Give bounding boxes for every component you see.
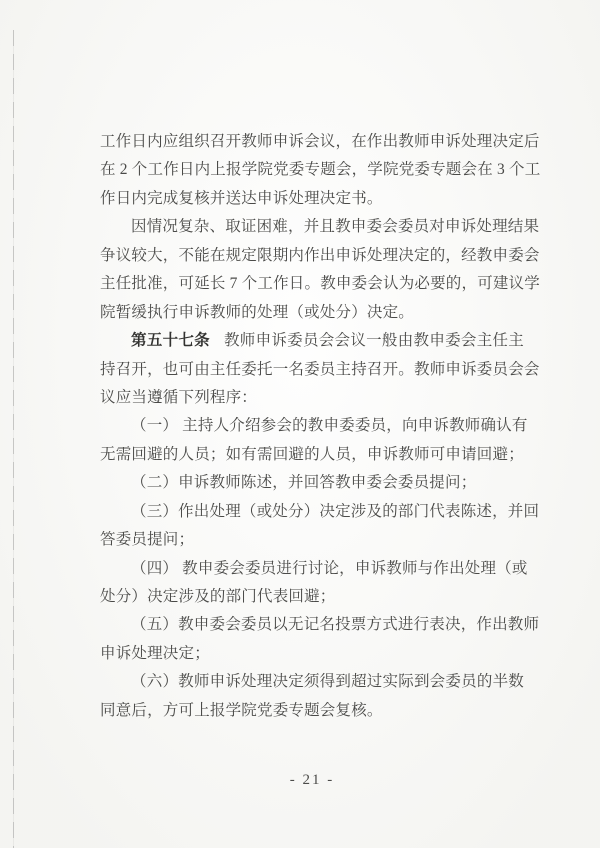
- text-line: （四） 教申委会委员进行讨论，申诉教师与作出处理（或: [100, 555, 524, 583]
- text-line: （六）教师申诉处理决定须得到超过实际到会委员的半数: [100, 668, 524, 696]
- article-number: 第五十七条: [131, 332, 210, 349]
- text-line: 同意后，方可上报学院党委专题会复核。: [100, 697, 524, 725]
- text-line: 持召开，也可由主任委托一名委员主持召开。教师申诉委员会会: [100, 356, 524, 384]
- text-line: 院暂缓执行申诉教师的处理（或处分）决定。: [100, 299, 524, 327]
- text-line: 作日内完成复核并送达申诉处理决定书。: [100, 185, 524, 213]
- text-line: （一） 主持人介绍参会的教申委委员，向申诉教师确认有: [100, 412, 524, 440]
- text-line: 答委员提问；: [100, 526, 524, 554]
- scanned-document: { "page": { "number_label": "- 21 -" }, …: [0, 0, 600, 848]
- text-line: 争议较大，不能在规定限期内作出申诉处理决定的，经教申委会: [100, 242, 524, 270]
- text-line: 处分）决定涉及的部门代表回避；: [100, 583, 524, 611]
- text-line: 申诉处理决定；: [100, 640, 524, 668]
- text-line: 因情况复杂、取证困难，并且教申委会委员对申诉处理结果: [100, 213, 524, 241]
- document-body: 工作日内应组织召开教师申诉会议，在作出教师申诉处理决定后 在 2 个工作日内上报…: [100, 128, 524, 725]
- article-text: 教师申诉委员会会议一般由教申委会主任主: [224, 332, 524, 349]
- text-line: 主任批准，可延长 7 个工作日。教申委会认为必要的，可建议学: [100, 270, 524, 298]
- scan-edge-line: [13, 30, 14, 848]
- text-line: 议应当遵循下列程序：: [100, 384, 524, 412]
- text-line: 工作日内应组织召开教师申诉会议，在作出教师申诉处理决定后: [100, 128, 524, 156]
- text-line: （三）作出处理（或处分）决定涉及的部门代表陈述，并回: [100, 498, 524, 526]
- text-line: （五）教申委会委员以无记名投票方式进行表决，作出教师: [100, 611, 524, 639]
- page-number: - 21 -: [100, 772, 524, 789]
- text-line: （二）申诉教师陈述，并回答教申委会委员提问；: [100, 469, 524, 497]
- text-line-article: 第五十七条教师申诉委员会会议一般由教申委会主任主: [100, 327, 524, 355]
- text-line: 在 2 个工作日内上报学院党委专题会，学院党委专题会在 3 个工: [100, 156, 524, 184]
- text-line: 无需回避的人员；如有需回避的人员，申诉教师可申请回避；: [100, 441, 524, 469]
